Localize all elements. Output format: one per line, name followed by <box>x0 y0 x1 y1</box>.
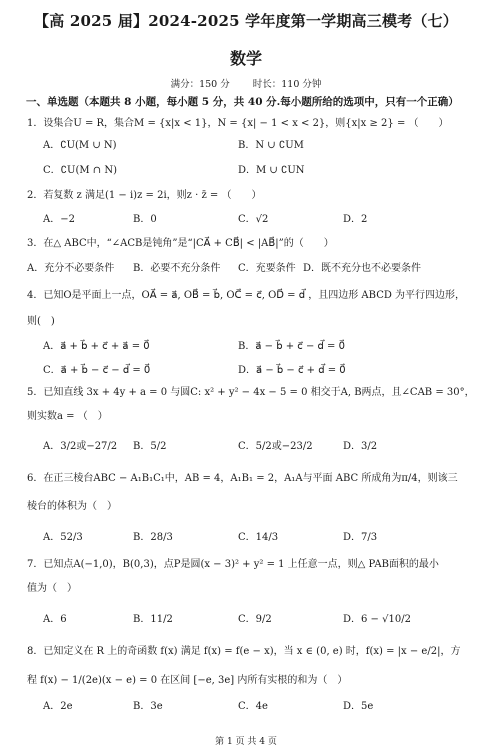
question-6-option-a: A．52/3 <box>43 531 83 545</box>
question-4-option-b: B．a⃗ − b⃗ + c⃗ − d⃗ = 0⃗ <box>238 340 345 354</box>
question-3-option-a: A．充分不必要条件 <box>27 262 114 276</box>
question-7-option-a: A．6 <box>43 613 67 627</box>
question-8-stem-line-1: 8．已知定义在 R 上的奇函数 f(x) 满足 f(x) = f(e − x)，… <box>27 645 460 659</box>
exam-page: 【高 2025 届】2024-2025 学年度第一学期高三模考（七） 数学 满分… <box>0 0 492 756</box>
question-2-option-a: A．−2 <box>43 213 75 227</box>
question-7-stem-line-1: 7．已知点A(−1,0)，B(0,3)，点P是圆(x − 3)² + y² = … <box>27 558 439 572</box>
question-3-stem: 3．在△ ABC中，“∠ACB是钝角”是“|CA⃗ + CB⃗| < |AB⃗|… <box>27 237 334 251</box>
question-7-option-d: D．6 − √10/2 <box>343 613 411 627</box>
question-8-option-b: B．3e <box>133 700 163 714</box>
question-6-option-b: B．28/3 <box>133 531 173 545</box>
question-6-option-d: D．7/3 <box>343 531 377 545</box>
full-score: 满分：150 分 <box>171 79 230 90</box>
question-8-option-d: D．5e <box>343 700 373 714</box>
question-5-stem-line-1: 5．已知直线 3x + 4y + a = 0 与圆C: x² + y² − 4x… <box>27 386 475 400</box>
question-6-stem-line-2: 棱台的体积为（ ） <box>27 500 117 514</box>
question-4-option-c: C．a⃗ + b⃗ − c⃗ − d⃗ = 0⃗ <box>43 364 150 378</box>
question-6-stem-line-1: 6．在正三棱台ABC − A₁B₁C₁中，AB = 4，A₁B₁ = 2，A₁A… <box>27 472 458 486</box>
question-7-option-b: B．11/2 <box>133 613 173 627</box>
page-indicator: 第 1 页 共 4 页 <box>0 734 492 747</box>
duration: 时长：110 分钟 <box>253 79 322 90</box>
question-3-option-b: B．必要不充分条件 <box>133 262 220 276</box>
question-8-option-a: A．2e <box>43 700 73 714</box>
question-4-option-d: D．a⃗ − b⃗ − c⃗ + d⃗ = 0⃗ <box>238 364 346 378</box>
question-1-option-b: B．N ∪ ∁UM <box>238 139 304 153</box>
exam-title: 【高 2025 届】2024-2025 学年度第一学期高三模考（七） <box>0 10 492 31</box>
question-8-stem-line-2: 程 f(x) − 1/(2e)(x − e) = 0 在区间 [−e, 3e] … <box>27 674 347 688</box>
question-1-option-c: C．∁U(M ∩ N) <box>43 164 117 178</box>
question-5-option-d: D．3/2 <box>343 440 377 454</box>
question-1-stem: 1．设集合U = R，集合M = {x|x < 1}，N = {x| − 1 <… <box>27 117 449 131</box>
question-7-stem-line-2: 值为（ ） <box>27 582 77 596</box>
question-2-stem: 2．若复数 z 满足(1 − i)z = 2i，则z · z̄ = （ ） <box>27 189 261 203</box>
question-5-option-b: B．5/2 <box>133 440 166 454</box>
question-4-stem-line-2: 则( ) <box>27 315 55 329</box>
question-1-option-d: D．M ∪ ∁UN <box>238 164 305 178</box>
question-2-option-c: C．√2 <box>238 213 268 227</box>
question-4-stem-line-1: 4．已知O是平面上一点，OA⃗ = a⃗, OB⃗ = b⃗, OC⃗ = c⃗… <box>27 289 465 303</box>
question-6-option-c: C．14/3 <box>238 531 278 545</box>
section-heading: 一、单选题（本题共 8 小题，每小题 5 分，共 40 分.每小题所给的选项中，… <box>26 94 459 109</box>
exam-meta: 满分：150 分 时长：110 分钟 <box>0 76 492 90</box>
question-5-stem-line-2: 则实数a = （ ） <box>27 410 108 424</box>
question-8-option-c: C．4e <box>238 700 268 714</box>
question-5-option-c: C．5/2或−23/2 <box>238 440 313 454</box>
subject-title: 数学 <box>0 46 492 69</box>
question-5-option-a: A．3/2或−27/2 <box>43 440 117 454</box>
question-2-option-b: B．0 <box>133 213 157 227</box>
question-1-option-a: A．∁U(M ∪ N) <box>43 139 117 153</box>
question-3-option-c: C．充要条件 <box>238 262 296 276</box>
question-3-option-d: D．既不充分也不必要条件 <box>303 262 421 276</box>
question-7-option-c: C．9/2 <box>238 613 272 627</box>
question-2-option-d: D．2 <box>343 213 367 227</box>
question-4-option-a: A．a⃗ + b⃗ + c⃗ + a⃗ = 0⃗ <box>43 340 150 354</box>
